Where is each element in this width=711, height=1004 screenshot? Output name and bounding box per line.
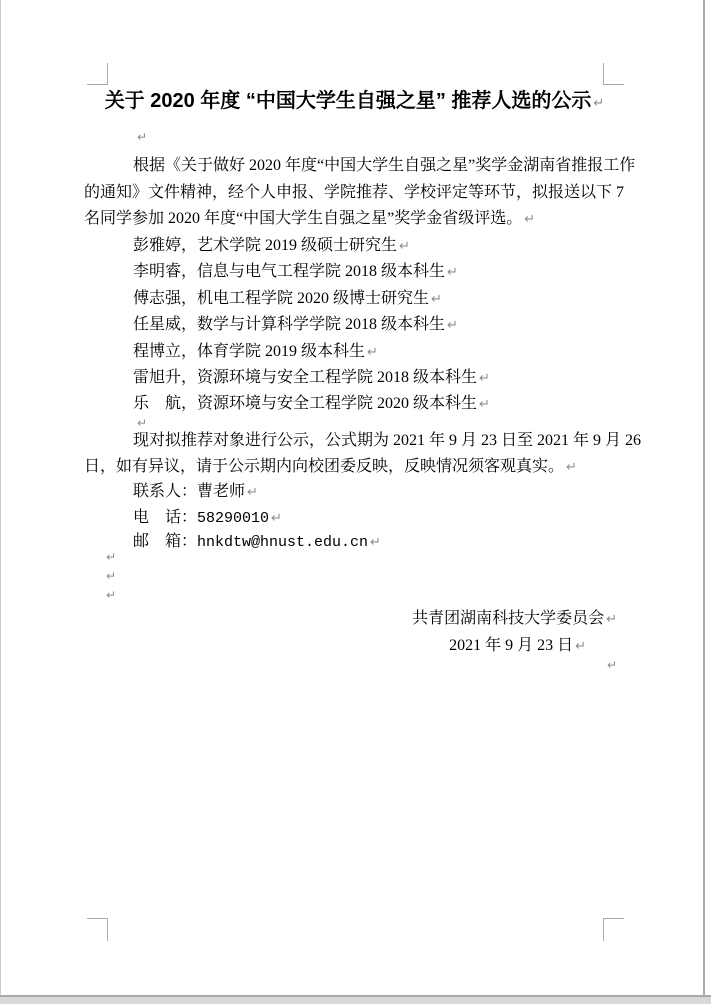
pilcrow-mark: ↵ (137, 130, 147, 144)
empty-paragraph: ↵ (106, 567, 116, 586)
page-left-edge (0, 0, 1, 996)
notice-line: 日，如有异议，请于公示期内向校团委反映，反映情况须客观真实。↵ (84, 453, 629, 481)
pilcrow-mark: ↵ (445, 265, 458, 280)
contact-line: 联系人：曹老师↵ (84, 478, 629, 506)
pilcrow-mark: ↵ (106, 550, 116, 564)
document-title-line: 关于 2020 年度 “中国大学生自强之星” 推荐人选的公示↵ (84, 86, 625, 119)
intro-text: 根据《关于做好 2020 年度“中国大学生自强之星”奖学金湖南省推报工作 (133, 157, 635, 174)
pilcrow-mark: ↵ (106, 588, 116, 602)
candidate-text: 任星威，数学与计算科学学院 2018 级本科生 (133, 316, 445, 333)
pilcrow-mark: ↵ (106, 569, 116, 583)
pilcrow-mark: ↵ (604, 612, 617, 627)
candidate-line: 任星威，数学与计算科学学院 2018 级本科生↵ (84, 311, 629, 339)
page-bottom-shadow (0, 997, 711, 1004)
contact-phone: 58290010 (197, 510, 269, 527)
candidate-line: 乐 航，资源环境与安全工程学院 2020 级本科生↵ (84, 390, 629, 418)
candidate-text: 彭雅婷，艺术学院 2019 级硕士研究生 (133, 237, 397, 254)
crop-mark-bottom-right (603, 918, 624, 941)
candidate-line: 彭雅婷，艺术学院 2019 级硕士研究生↵ (84, 232, 629, 260)
pilcrow-mark: ↵ (445, 318, 458, 333)
pilcrow-mark: ↵ (564, 460, 577, 475)
notice-text: 现对拟推荐对象进行公示，公式期为 2021 年 9 月 23 日至 2021 年… (133, 432, 641, 449)
intro-line: 的通知》文件精神，经个人申报、学院推荐、学校评定等环节，拟报送以下 7 (84, 179, 629, 206)
pilcrow-mark: ↵ (368, 535, 381, 550)
candidate-line: 程博立，体育学院 2019 级本科生↵ (84, 338, 629, 366)
empty-paragraph: ↵ (106, 548, 116, 567)
intro-line: 名同学参加 2020 年度“中国大学生自强之星”奖学金省级评选。↵ (84, 205, 629, 233)
signature-line: 共青团湖南科技大学委员会↵ (84, 605, 629, 633)
pilcrow-mark: ↵ (591, 96, 604, 111)
notice-text: 日，如有异议，请于公示期内向校团委反映，反映情况须客观真实。 (84, 458, 564, 475)
crop-mark-top-left (87, 63, 108, 85)
pilcrow-mark: ↵ (522, 212, 535, 227)
empty-paragraph: ↵ (84, 656, 629, 675)
empty-paragraph: ↵ (137, 128, 147, 147)
contact-label: 电 话： (133, 509, 197, 526)
intro-line: 根据《关于做好 2020 年度“中国大学生自强之星”奖学金湖南省推报工作 (84, 152, 629, 179)
pilcrow-mark: ↵ (245, 485, 258, 500)
candidate-line: 傅志强，机电工程学院 2020 级博士研究生↵ (84, 285, 629, 313)
pilcrow-mark: ↵ (269, 511, 282, 526)
signature-text: 共青团湖南科技大学委员会 (412, 610, 604, 627)
candidate-text: 李明睿，信息与电气工程学院 2018 级本科生 (133, 263, 445, 280)
pilcrow-mark: ↵ (573, 639, 586, 654)
pilcrow-mark: ↵ (477, 397, 490, 412)
pilcrow-mark: ↵ (607, 658, 617, 672)
notice-line: 现对拟推荐对象进行公示，公式期为 2021 年 9 月 23 日至 2021 年… (84, 427, 629, 454)
contact-value: 曹老师 (197, 483, 245, 500)
candidate-text: 雷旭升，资源环境与安全工程学院 2018 级本科生 (133, 369, 477, 386)
pilcrow-mark: ↵ (429, 292, 442, 307)
contact-line: 邮 箱：hnkdtw@hnust.edu.cn↵ (84, 528, 629, 556)
candidate-text: 程博立，体育学院 2019 级本科生 (133, 343, 365, 360)
candidate-text: 乐 航，资源环境与安全工程学院 2020 级本科生 (133, 395, 477, 412)
crop-mark-top-right (603, 63, 624, 85)
intro-text: 名同学参加 2020 年度“中国大学生自强之星”奖学金省级评选。 (84, 210, 522, 227)
page-right-edge (703, 0, 705, 996)
candidate-line: 李明睿，信息与电气工程学院 2018 级本科生↵ (84, 258, 629, 286)
contact-label: 邮 箱： (133, 533, 197, 550)
pilcrow-mark: ↵ (477, 371, 490, 386)
document-title: 关于 2020 年度 “中国大学生自强之星” 推荐人选的公示 (105, 90, 592, 112)
candidate-line: 雷旭升，资源环境与安全工程学院 2018 级本科生↵ (84, 364, 629, 392)
candidate-text: 傅志强，机电工程学院 2020 级博士研究生 (133, 290, 429, 307)
word-document-page: 关于 2020 年度 “中国大学生自强之星” 推荐人选的公示↵ ↵ 根据《关于做… (0, 0, 711, 1004)
pilcrow-mark: ↵ (365, 345, 378, 360)
crop-mark-bottom-left (87, 918, 108, 941)
contact-email: hnkdtw@hnust.edu.cn (197, 534, 368, 551)
pilcrow-mark: ↵ (397, 239, 410, 254)
empty-paragraph: ↵ (106, 586, 116, 605)
contact-label: 联系人： (133, 483, 197, 500)
date-text: 2021 年 9 月 23 日 (449, 637, 573, 654)
intro-text: 的通知》文件精神，经个人申报、学院推荐、学校评定等环节，拟报送以下 7 (84, 184, 624, 201)
